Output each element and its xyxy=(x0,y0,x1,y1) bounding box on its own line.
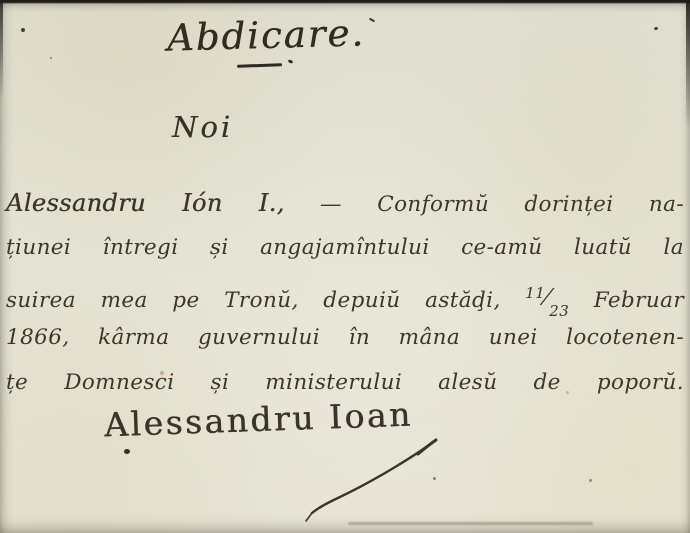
manuscript-line-3: suirea mea pe Tronŭ, depuiŭ astăḑi, 11⁄2… xyxy=(6,278,684,326)
foxing-speck xyxy=(160,371,164,375)
manuscript-scan: Abdicare. Noi Alessandru Ión I., — Confo… xyxy=(0,0,690,533)
manuscript-line-1: Alessandru Ión I., — Conformŭ dorinței n… xyxy=(6,188,684,220)
ink-speck xyxy=(654,26,659,30)
ink-speck xyxy=(589,479,592,482)
ruler-name: Alessandru Ión I., xyxy=(6,189,285,217)
ink-speck xyxy=(433,477,436,480)
title-underline xyxy=(237,63,282,67)
manuscript-line-5: țe Domnesci și ministerului alesŭ de pop… xyxy=(6,368,684,398)
signature-flourish xyxy=(0,0,690,533)
line-1-text: — Conformŭ dorinței na- xyxy=(320,192,684,217)
scan-edge-right xyxy=(686,0,690,130)
date-fraction: 11⁄23 xyxy=(525,278,569,326)
signature: Alessandru Ioan xyxy=(103,395,413,445)
scan-bottom-shadow xyxy=(348,522,593,525)
line-3-text: suirea mea pe Tronŭ, depuiŭ astăḑi, xyxy=(6,288,525,313)
date-denominator: 23 xyxy=(549,302,569,320)
manuscript-line-2: țiunei întregi și angajamîntului ce-amŭ … xyxy=(6,233,684,263)
title-underline-dot xyxy=(288,59,294,64)
foxing-speck xyxy=(566,391,569,394)
ink-speck xyxy=(50,57,52,59)
manuscript-line-4: 1866, kârma guvernului în mâna unei loco… xyxy=(6,323,684,353)
scan-edge-left xyxy=(0,0,3,100)
ink-speck xyxy=(21,28,25,32)
document-title: Abdicare. xyxy=(149,11,382,60)
ink-speck xyxy=(124,449,130,454)
scan-edge-top xyxy=(0,0,690,4)
date-numerator: 11 xyxy=(525,284,545,302)
line-3-month: Februar xyxy=(569,288,684,313)
salutation: Noi xyxy=(172,110,233,144)
